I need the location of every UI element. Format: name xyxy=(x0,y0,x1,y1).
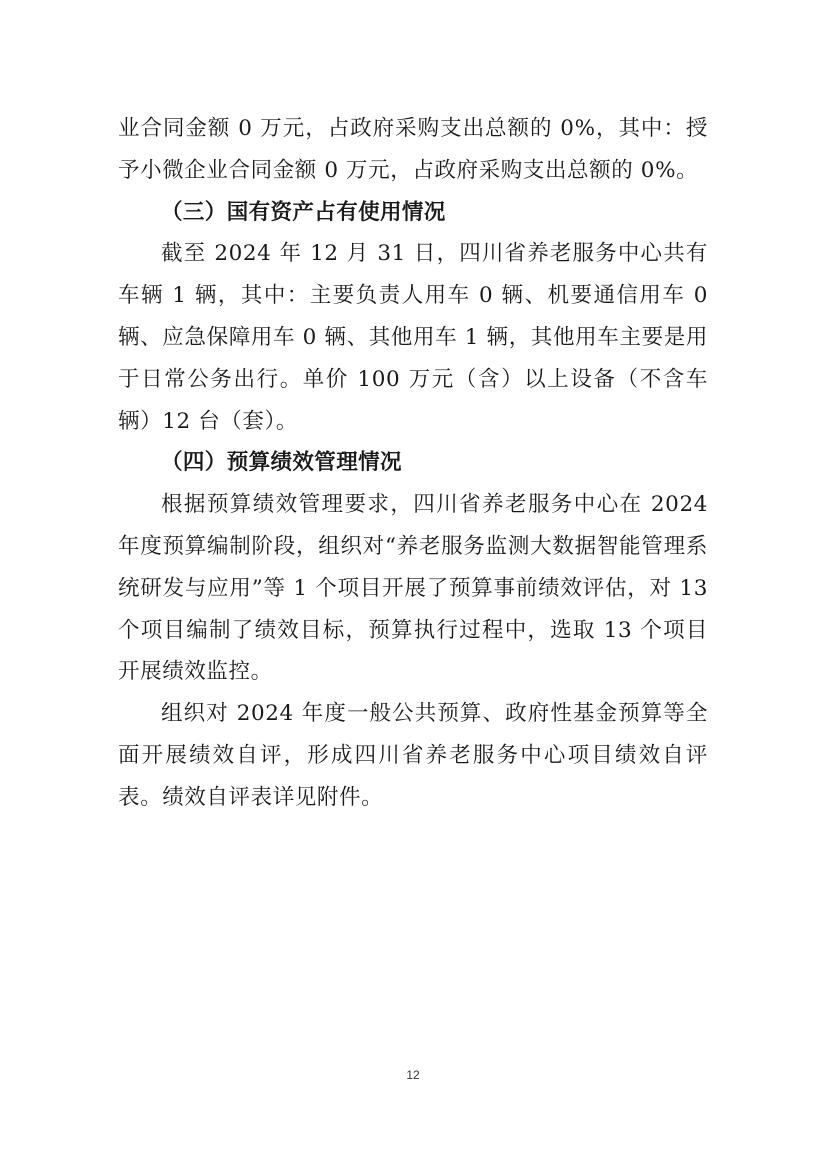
document-page: 业合同金额 0 万元，占政府采购支出总额的 0%，其中：授予小微企业合同金额 0… xyxy=(0,0,826,1169)
section-heading-performance-management: （四）预算绩效管理情况 xyxy=(118,442,708,484)
paragraph-procurement-continuation: 业合同金额 0 万元，占政府采购支出总额的 0%，其中：授予小微企业合同金额 0… xyxy=(118,108,708,192)
section-heading-state-assets: （三）国有资产占有使用情况 xyxy=(118,192,708,234)
paragraph-performance-management: 根据预算绩效管理要求，四川省养老服务中心在 2024 年度预算编制阶段，组织对“… xyxy=(118,484,708,693)
paragraph-state-assets: 截至 2024 年 12 月 31 日，四川省养老服务中心共有车辆 1 辆，其中… xyxy=(118,233,708,442)
paragraph-self-evaluation: 组织对 2024 年度一般公共预算、政府性基金预算等全面开展绩效自评，形成四川省… xyxy=(118,693,708,818)
document-body: 业合同金额 0 万元，占政府采购支出总额的 0%，其中：授予小微企业合同金额 0… xyxy=(118,108,708,819)
page-number: 12 xyxy=(0,1068,826,1082)
